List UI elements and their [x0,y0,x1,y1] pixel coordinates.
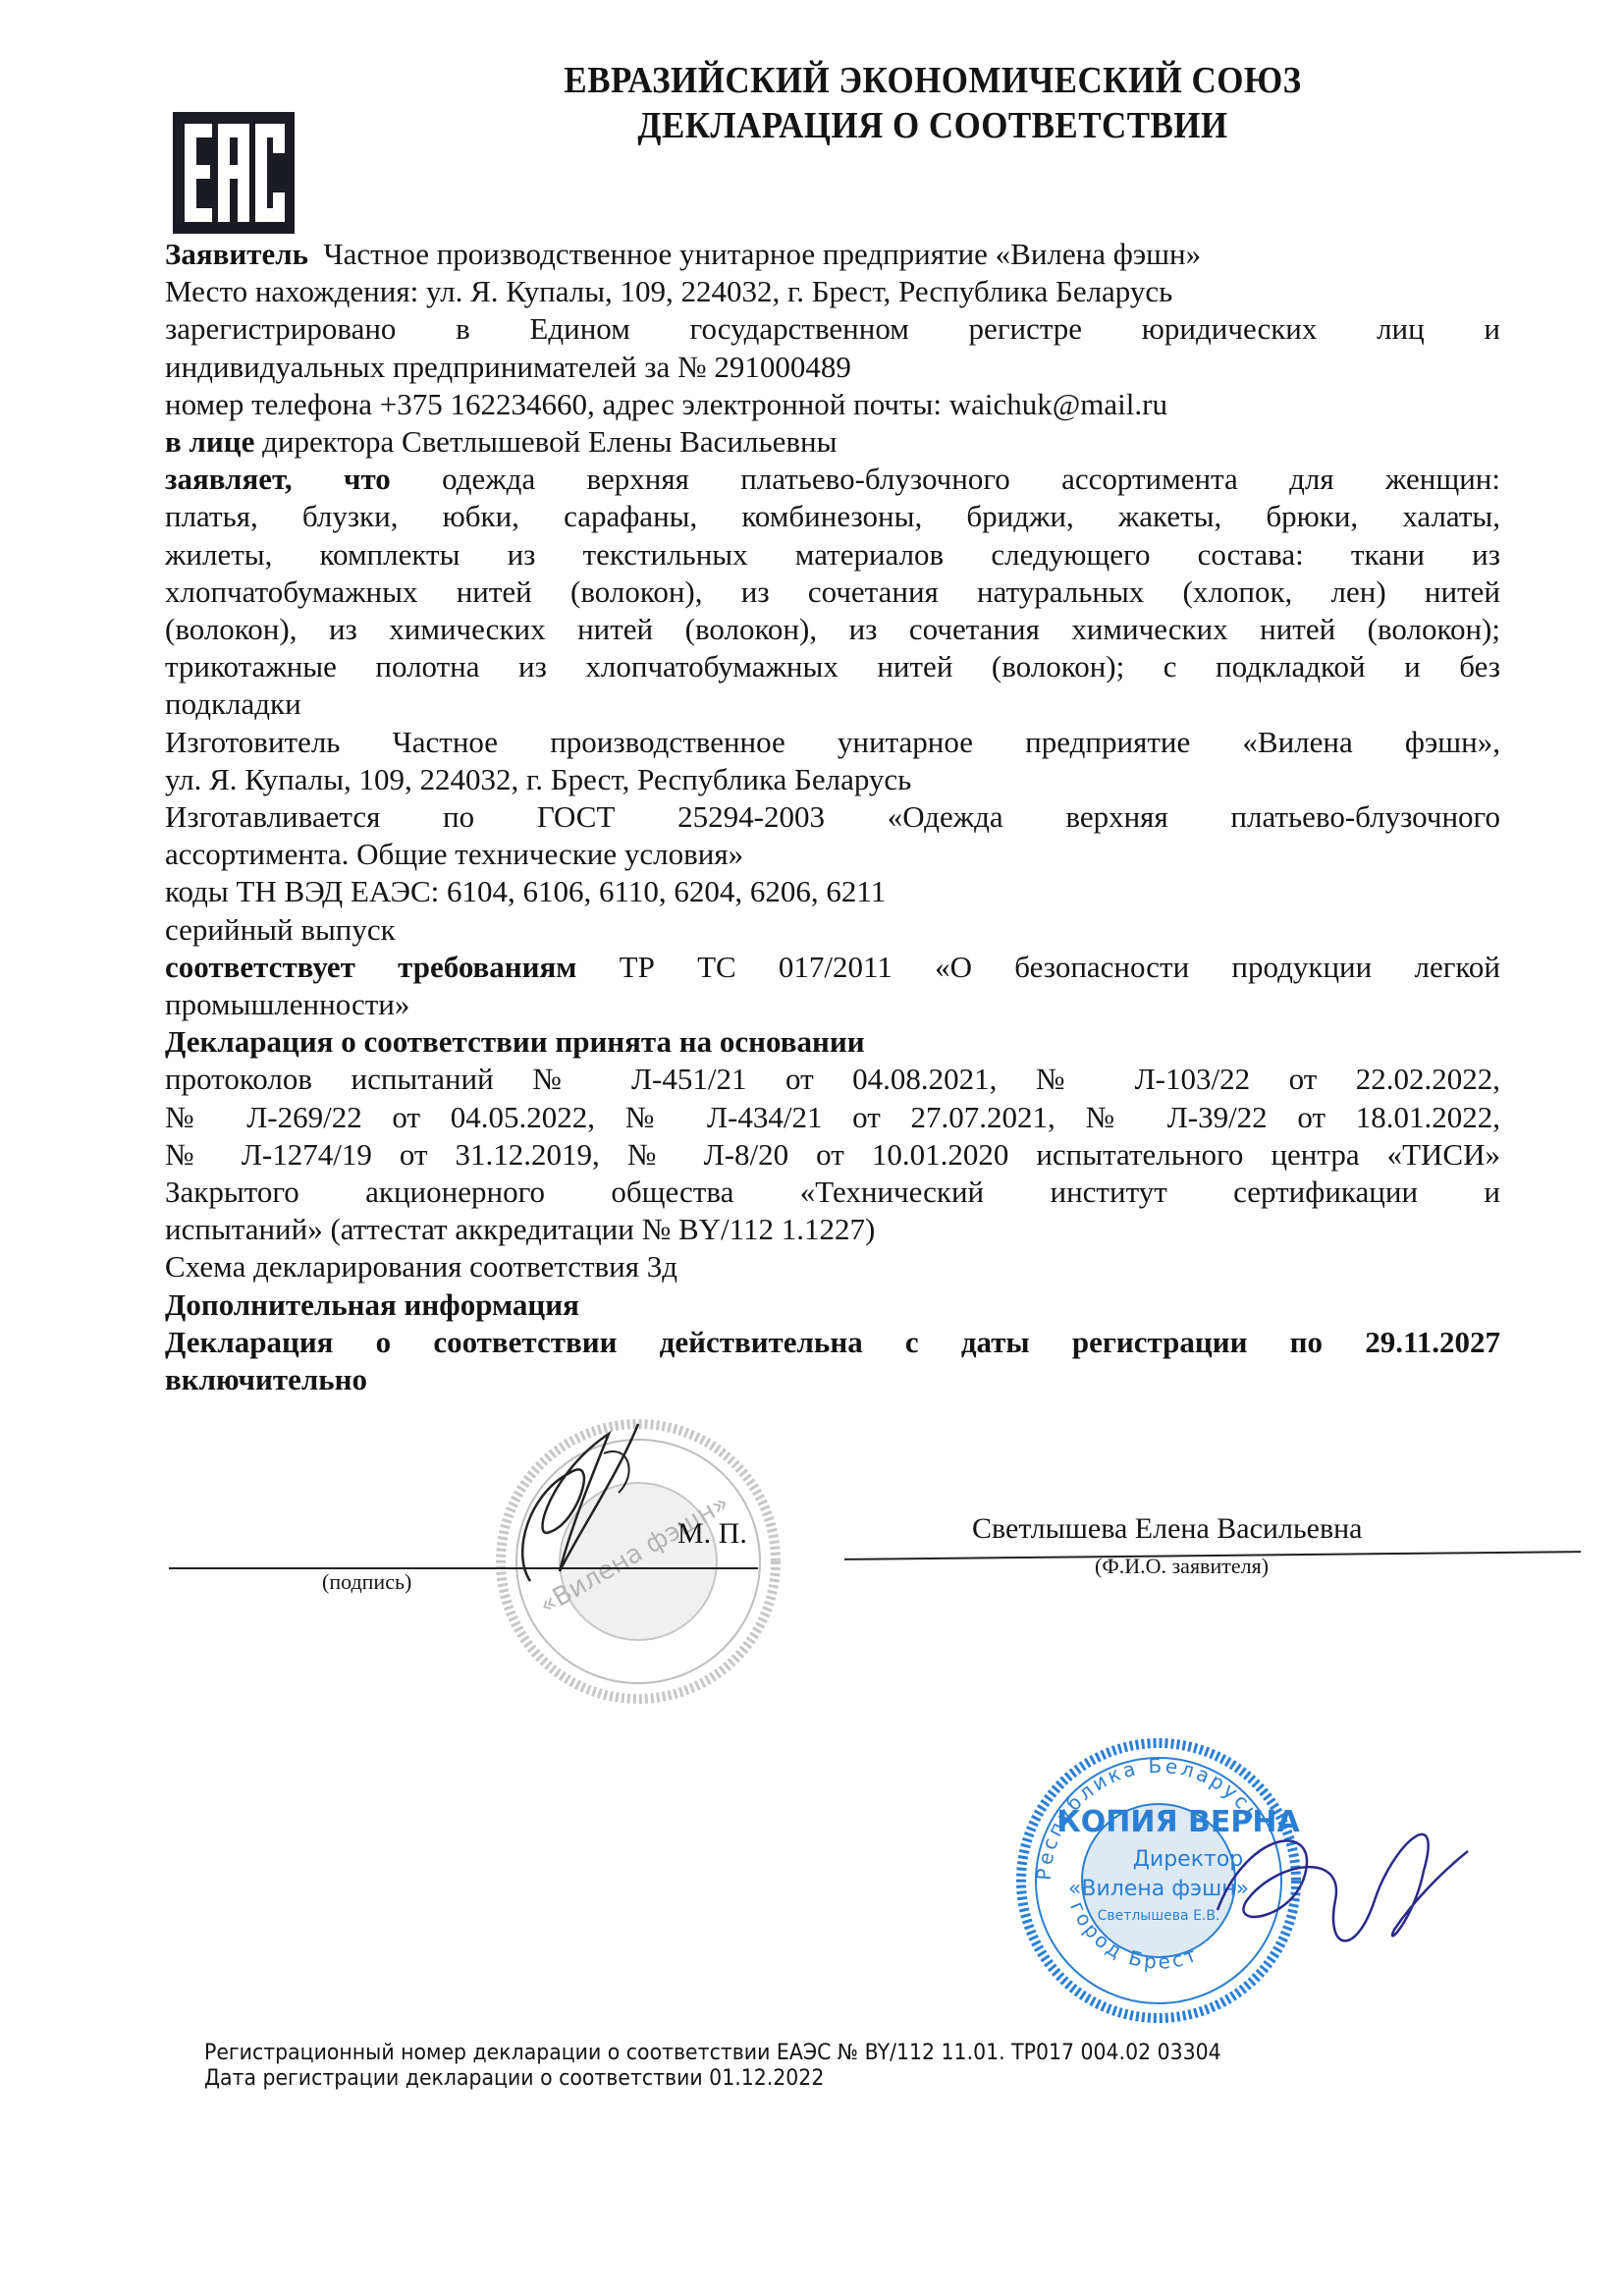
declares-label: заявляет, что [165,462,391,496]
validity-line-2: включительно [165,1361,1500,1398]
production-type: серийный выпуск [165,911,1500,949]
manufacturer-line-1: Изготовитель Частное производственное ун… [165,724,1500,761]
eac-mark-icon [173,112,295,234]
declaration-scheme: Схема декларирования соответствия 3д [165,1248,1500,1285]
product-line-4: (волокон), из химических нитей (волокон)… [165,611,1500,648]
registration-line-2: индивидуальных предпринимателей за № 291… [165,349,1500,386]
manufacturer-line-2: ул. Я. Купалы, 109, 224032, г. Брест, Ре… [165,761,1500,798]
standard-line-2: ассортимента. Общие технические условия» [165,836,1500,873]
applicant-label: Заявитель [165,237,308,271]
product-line-5: трикотажные полотна из хлопчатобумажных … [165,648,1500,685]
product-line-3: хлопчатобумажных нитей (волокон), из соч… [165,574,1500,611]
product-line-1: платья, блузки, юбки, сарафаны, комбинез… [165,498,1500,535]
header-title-union: ЕВРАЗИЙСКИЙ ЭКОНОМИЧЕСКИЙ СОЮЗ [526,59,1339,102]
registration-line-1: зарегистрировано в Едином государственно… [165,310,1500,348]
product-line-0: одежда верхняя платьево-блузочного ассор… [442,462,1500,496]
signer-label: (Ф.И.О. заявителя) [1095,1554,1269,1579]
product-line-6: подкладки [165,685,1500,723]
declares-line: заявляет, что одежда верхняя платьево-бл… [165,461,1500,498]
basis-line-1: № Л-269/22 от 04.05.2022, № Л-434/21 от … [165,1099,1500,1136]
basis-line-3: Закрытого акционерного общества «Техниче… [165,1174,1500,1211]
conformity-text: ТР ТС 017/2011 «О безопасности продукции… [620,950,1500,984]
additional-info-heading: Дополнительная информация [165,1286,1500,1324]
conformity-line: соответствует требованиям ТР ТС 017/2011… [165,949,1500,986]
represented-label: в лице [165,424,254,459]
signer-name: Светлышева Елена Васильевна [972,1512,1363,1546]
applicant-line: Заявитель Частное производственное унита… [165,236,1500,273]
director-signature-icon [1208,1812,1473,1969]
basis-heading: Декларация о соответствии принята на осн… [165,1023,1500,1061]
represented-line: в лице директора Светлышевой Елены Васил… [165,423,1500,461]
represented-by: директора Светлышевой Елены Васильевны [262,424,837,459]
seal-mark-label: М. П. [677,1517,747,1551]
tn-ved-codes: коды ТН ВЭД ЕАЭС: 6104, 6106, 6110, 6204… [165,873,1500,910]
registration-number: Регистрационный номер декларации о соотв… [204,2041,1221,2066]
conformity-label: соответствует требованиям [165,950,576,984]
basis-line-2: № Л-1274/19 от 31.12.2019, № Л-8/20 от 1… [165,1136,1500,1174]
svg-text:Светлышева Е.В.: Светлышева Е.В. [1098,1908,1220,1924]
validity-line-1: Декларация о соответствии действительна … [165,1324,1500,1361]
basis-line-4: испытаний» (аттестат аккредитации № BY/1… [165,1211,1500,1248]
applicant-name: Частное производственное унитарное предп… [324,237,1202,271]
applicant-address: Место нахождения: ул. Я. Купалы, 109, 22… [165,273,1500,310]
standard-line-1: Изготавливается по ГОСТ 25294-2003 «Одеж… [165,798,1500,836]
registration-date: Дата регистрации декларации о соответств… [204,2066,1221,2092]
header-title-declaration: ДЕКЛАРАЦИЯ О СООТВЕТСТВИИ [526,104,1339,147]
applicant-contacts: номер телефона +375 162234660, адрес эле… [165,386,1500,423]
signature-label: (подпись) [322,1569,411,1595]
applicant-signature-icon [491,1414,746,1611]
eac-logo-icon [173,112,295,234]
product-line-2: жилеты, комплекты из текстильных материа… [165,536,1500,574]
signature-line [169,1567,758,1569]
basis-line-0: протоколов испытаний № Л-451/21 от 04.08… [165,1061,1500,1098]
declaration-body: Заявитель Частное производственное унита… [165,236,1500,1398]
registration-info: Регистрационный номер декларации о соотв… [204,2041,1221,2092]
conformity-text-2: промышленности» [165,986,1500,1023]
